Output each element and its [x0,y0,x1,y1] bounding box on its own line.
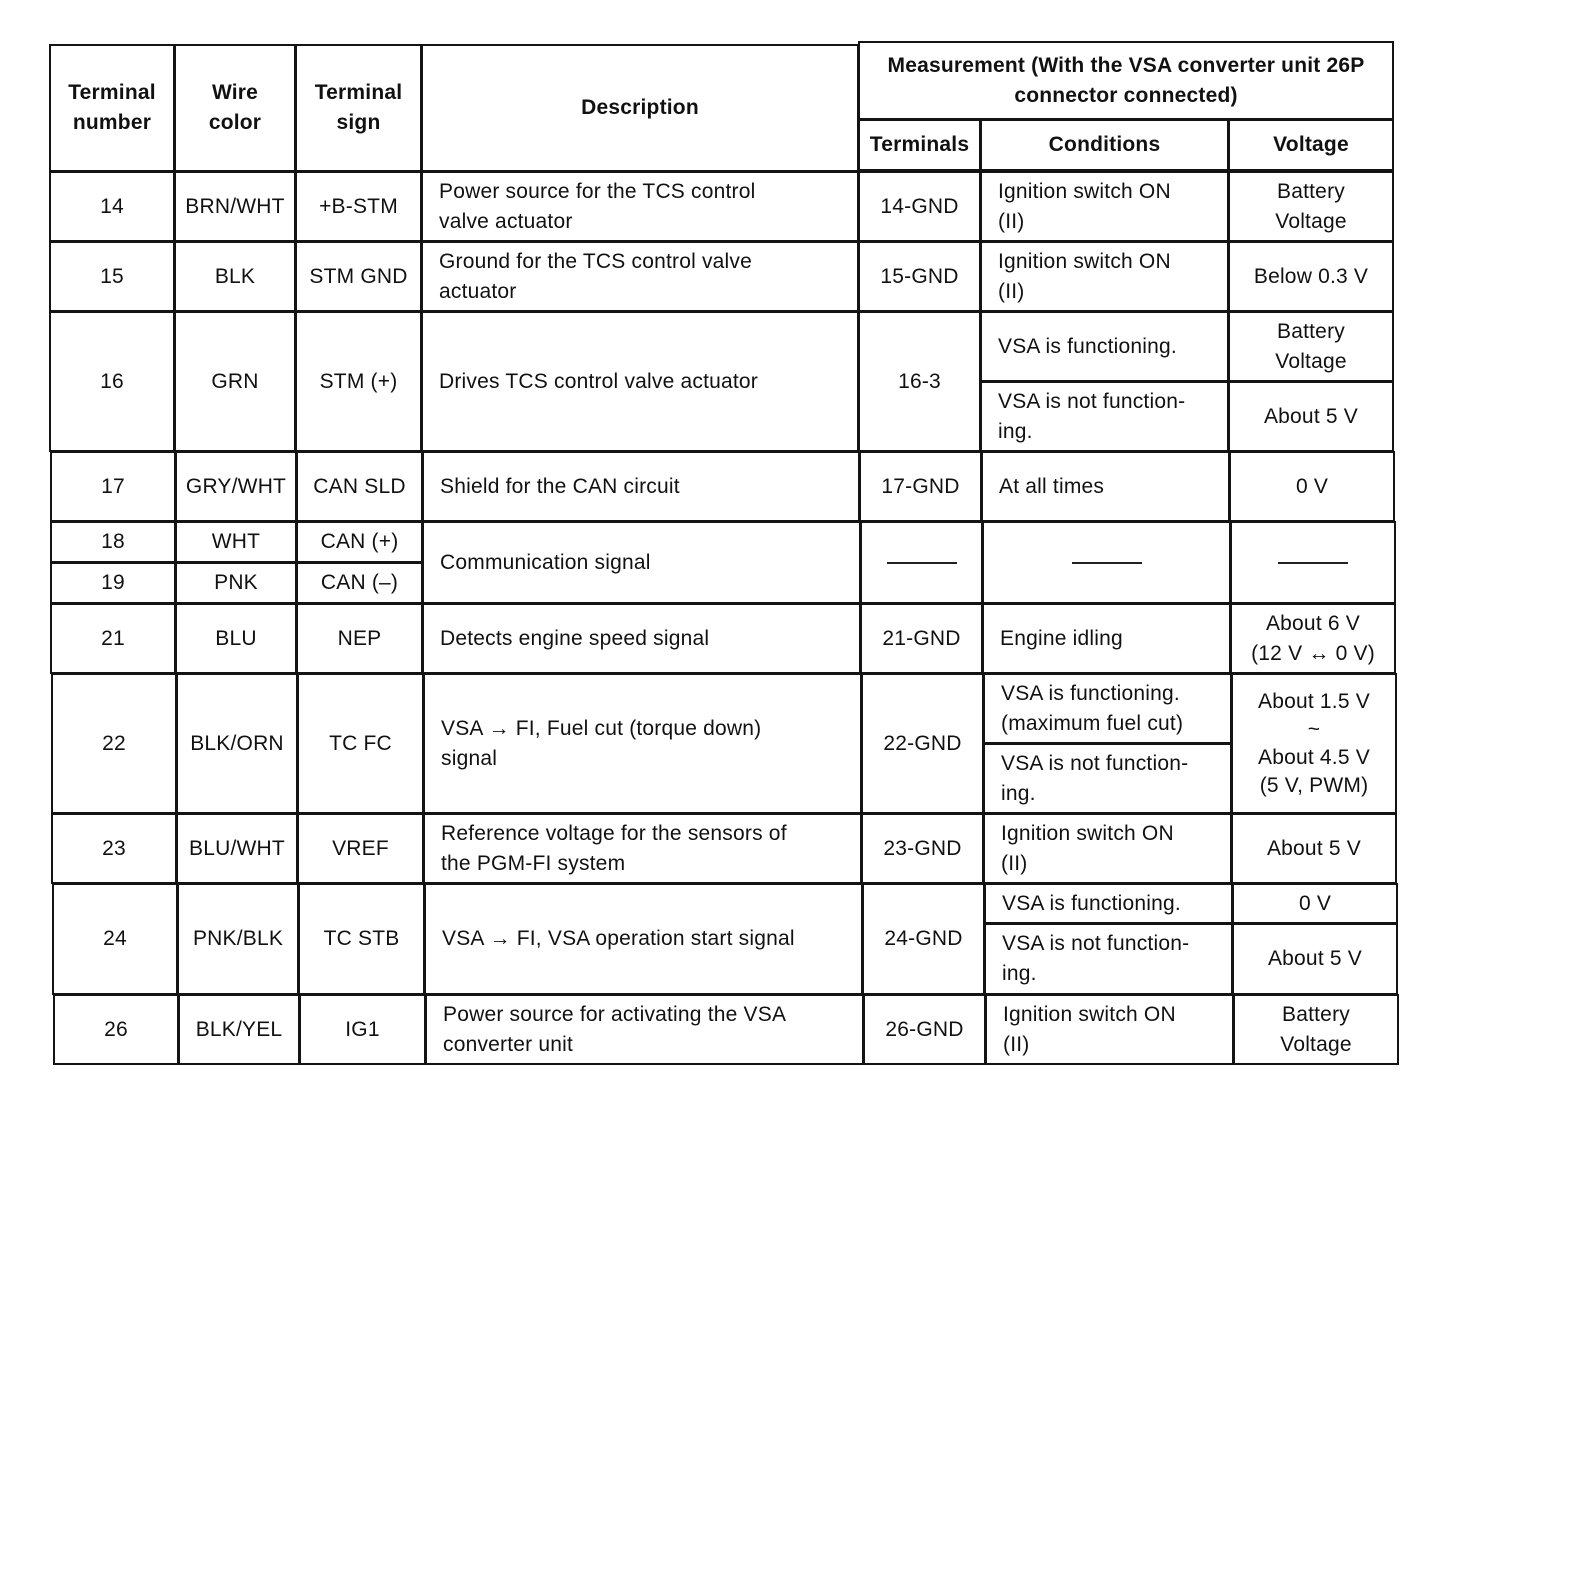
table-row-24-description: VSA → FI, VSA operation start signal [424,883,863,995]
wire-color: BRN/WHT [185,192,284,222]
header-label: Wire color [209,78,261,138]
terminal-number: 16 [100,367,124,397]
terminal-number: 26 [104,1015,128,1045]
table-row-16-voltage-1: Battery Voltage [1228,311,1394,382]
table-row-19-terminal: 19 [50,562,176,604]
table-row-24-condition-2: VSA is not function- ing. [984,923,1233,995]
condition: Ignition switch ON (II) [998,247,1171,307]
table-row-21-terminal: 21 [50,603,176,674]
wire-color: GRY/WHT [186,472,286,502]
table-row-18-19-description: Communication signal [422,521,861,604]
table-row-23-description: Reference voltage for the sensors of the… [423,813,862,884]
table-row-23-voltage: About 5 V [1231,813,1397,884]
table-row-21-terminals: 21-GND [860,603,983,674]
table-row-17-voltage: 0 V [1229,451,1395,522]
description: VSA → FI, VSA operation start signal [442,924,795,954]
header-label: Conditions [1049,130,1161,160]
table-row-26-terminal: 26 [53,994,179,1065]
table-row-26-terminals: 26-GND [863,994,986,1065]
condition: Ignition switch ON (II) [1001,819,1174,879]
terminal-number: 23 [102,834,126,864]
header-conditions: Conditions [980,119,1229,171]
wire-color: BLU [215,624,256,654]
voltage: About 6 V (12 V ↔ 0 V) [1251,609,1375,669]
terminal-number: 21 [101,624,125,654]
table-row-15-description: Ground for the TCS control valve actuato… [421,241,859,312]
table-row-21-description: Detects engine speed signal [422,603,861,674]
description: Reference voltage for the sensors of the… [441,819,787,879]
header-label: Terminal sign [315,78,403,138]
condition: VSA is functioning. [1002,889,1181,919]
condition: VSA is not function- ing. [998,387,1185,447]
table-row-14-description: Power source for the TCS control valve a… [421,171,859,242]
header-voltage: Voltage [1228,119,1394,171]
table-row-17-wire: GRY/WHT [175,451,297,522]
header-terminal-number: Terminal number [49,44,175,172]
condition: VSA is functioning. [998,332,1177,362]
table-row-23-wire: BLU/WHT [176,813,298,884]
terminal-sign: TC FC [329,729,392,759]
measure-terminals: 17-GND [881,472,959,502]
wire-color: PNK/BLK [193,924,283,954]
table-row-14-terminals: 14-GND [858,171,981,242]
voltage: Battery Voltage [1275,317,1346,377]
wire-color: PNK [214,568,258,598]
table-row-22-description: VSA → FI, Fuel cut (torque down) signal [423,673,862,814]
table-row-21-voltage: About 6 V (12 V ↔ 0 V) [1230,603,1396,674]
table-row-16-wire: GRN [174,311,296,452]
condition: VSA is not function- ing. [1001,749,1188,809]
table-row-18-sign: CAN (+) [296,521,423,563]
condition: Ignition switch ON (II) [998,177,1171,237]
description: Power source for activating the VSA conv… [443,1000,786,1060]
table-row-24-voltage-1: 0 V [1232,883,1398,924]
wire-color: BLK/YEL [196,1015,283,1045]
terminal-number: 19 [101,568,125,598]
header-label: Terminals [870,130,969,160]
table-row-17-terminals: 17-GND [859,451,982,522]
wire-color: WHT [212,527,260,557]
table-row-15-terminals: 15-GND [858,241,981,312]
description: Communication signal [440,548,651,578]
header-terminals: Terminals [858,119,981,171]
condition: VSA is functioning. (maximum fuel cut) [1001,679,1183,739]
table-row-22-voltage: About 1.5 V ~ About 4.5 V (5 V, PWM) [1231,673,1397,814]
table-row-17-condition: At all times [981,451,1230,522]
terminal-sign: +B-STM [319,192,398,222]
table-row-17-description: Shield for the CAN circuit [422,451,860,522]
table-row-17-terminal: 17 [50,451,176,522]
measure-terminals: 14-GND [880,192,958,222]
terminal-sign: STM GND [309,262,407,292]
terminal-sign: CAN (–) [321,568,398,598]
table-row-22-condition-2: VSA is not function- ing. [983,743,1232,814]
table-row-23-sign: VREF [297,813,424,884]
header-label: Measurement (With the VSA converter unit… [888,51,1365,111]
wire-color: BLU/WHT [189,834,285,864]
measure-terminals: 24-GND [884,924,962,954]
wire-color: BLK [215,262,255,292]
table-row-18-voltage [1230,521,1396,604]
voltage: 0 V [1296,472,1328,502]
terminal-number: 15 [100,262,124,292]
table-row-14-terminal: 14 [49,171,175,242]
voltage: 0 V [1299,889,1331,919]
table-row-26-condition: Ignition switch ON (II) [985,994,1234,1065]
table-row-15-wire: BLK [174,241,296,312]
table-row-23-terminals: 23-GND [861,813,984,884]
table-row-24-wire: PNK/BLK [177,883,299,995]
measure-terminals: 22-GND [883,729,961,759]
voltage: Battery Voltage [1275,177,1346,237]
header-label: Terminal number [68,78,156,138]
header-label: Voltage [1273,130,1349,160]
table-row-22-condition-1: VSA is functioning. (maximum fuel cut) [983,673,1232,744]
table-row-26-voltage: Battery Voltage [1233,994,1399,1065]
terminal-sign: TC STB [324,924,400,954]
measure-terminals: 23-GND [883,834,961,864]
table-row-14-sign: +B-STM [295,171,422,242]
table-row-14-voltage: Battery Voltage [1228,171,1394,242]
table-row-14-wire: BRN/WHT [174,171,296,242]
table-row-18-terminals [860,521,983,604]
condition: Ignition switch ON (II) [1003,1000,1176,1060]
table-row-15-condition: Ignition switch ON (II) [980,241,1229,312]
header-measurement: Measurement (With the VSA converter unit… [858,41,1394,120]
table-row-16-terminal: 16 [49,311,175,452]
dash-placeholder [887,562,957,564]
terminal-sign: CAN (+) [321,527,399,557]
table-row-16-condition-1: VSA is functioning. [980,311,1229,382]
table-row-16-condition-2: VSA is not function- ing. [980,381,1229,452]
voltage: About 1.5 V ~ About 4.5 V (5 V, PWM) [1258,688,1370,800]
condition: At all times [999,472,1104,502]
description: Drives TCS control valve actuator [439,367,758,397]
terminal-sign: STM (+) [320,367,398,397]
terminal-number: 22 [102,729,126,759]
description: Ground for the TCS control valve actuato… [439,247,752,307]
table-row-17-sign: CAN SLD [296,451,423,522]
condition: Engine idling [1000,624,1123,654]
table-row-16-sign: STM (+) [295,311,422,452]
terminal-number: 24 [103,924,127,954]
table-row-23-terminal: 23 [51,813,177,884]
measure-terminals: 16-3 [898,367,941,397]
table-row-22-wire: BLK/ORN [176,673,298,814]
dash-placeholder [1278,562,1348,564]
table-row-22-terminals: 22-GND [861,673,984,814]
wire-color: BLK/ORN [190,729,284,759]
description: Shield for the CAN circuit [440,472,680,502]
table-row-18-terminal: 18 [50,521,176,563]
description: Detects engine speed signal [440,624,709,654]
terminal-sign: IG1 [345,1015,379,1045]
voltage: Below 0.3 V [1254,262,1368,292]
terminal-sign: NEP [338,624,382,654]
table-row-19-sign: CAN (–) [296,562,423,604]
dash-placeholder [1072,562,1142,564]
voltage: About 5 V [1264,402,1358,432]
table-row-22-sign: TC FC [297,673,424,814]
table-row-18-wire: WHT [175,521,297,563]
voltage: Battery Voltage [1280,1000,1351,1060]
table-row-19-wire: PNK [175,562,297,604]
measure-terminals: 15-GND [880,262,958,292]
table-row-16-voltage-2: About 5 V [1228,381,1394,452]
table-row-15-voltage: Below 0.3 V [1228,241,1394,312]
table-row-15-sign: STM GND [295,241,422,312]
header-description: Description [421,44,859,172]
table-row-21-sign: NEP [296,603,423,674]
table-row-18-condition [982,521,1231,604]
measure-terminals: 21-GND [882,624,960,654]
table-row-24-voltage-2: About 5 V [1232,923,1398,995]
table-row-24-terminal: 24 [52,883,178,995]
description: VSA → FI, Fuel cut (torque down) signal [441,714,761,774]
header-terminal-sign: Terminal sign [295,44,422,172]
header-wire-color: Wire color [174,44,296,172]
table-row-24-sign: TC STB [298,883,425,995]
header-label: Description [581,93,699,123]
table-row-21-condition: Engine idling [982,603,1231,674]
voltage: About 5 V [1267,834,1361,864]
table-row-14-condition: Ignition switch ON (II) [980,171,1229,242]
table-row-21-wire: BLU [175,603,297,674]
terminal-sign: CAN SLD [313,472,405,502]
terminal-number: 17 [101,472,125,502]
table-row-22-terminal: 22 [51,673,177,814]
table-row-26-description: Power source for activating the VSA conv… [425,994,864,1065]
table-row-23-condition: Ignition switch ON (II) [983,813,1232,884]
table-row-16-terminals: 16-3 [858,311,981,452]
table-row-26-wire: BLK/YEL [178,994,300,1065]
table-row-24-terminals: 24-GND [862,883,985,995]
condition: VSA is not function- ing. [1002,929,1189,989]
wire-color: GRN [211,367,258,397]
terminal-table: Terminal number Wire color Terminal sign… [0,0,1584,1594]
table-row-24-condition-1: VSA is functioning. [984,883,1233,924]
description: Power source for the TCS control valve a… [439,177,755,237]
voltage: About 5 V [1268,944,1362,974]
table-row-15-terminal: 15 [49,241,175,312]
table-row-16-description: Drives TCS control valve actuator [421,311,859,452]
terminal-sign: VREF [332,834,389,864]
terminal-number: 18 [101,527,125,557]
terminal-number: 14 [100,192,124,222]
measure-terminals: 26-GND [885,1015,963,1045]
table-row-26-sign: IG1 [299,994,426,1065]
